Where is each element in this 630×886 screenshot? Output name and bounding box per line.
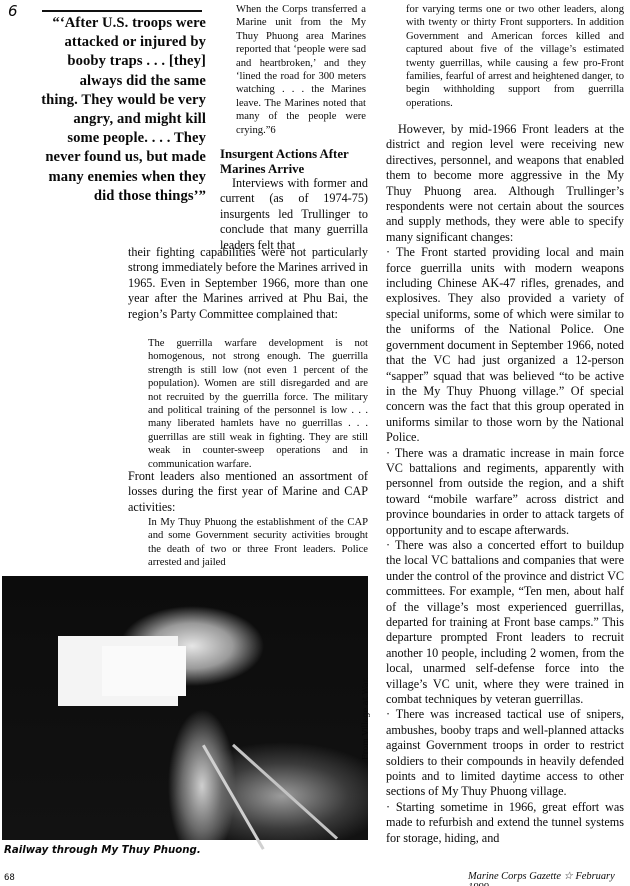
block-quote-continued: for varying terms one or two other leade…: [406, 3, 624, 110]
block-quote-1: The guerrilla warfare development is not…: [148, 337, 368, 471]
middle-top-quote: When the Corps transferred a Marine unit…: [236, 3, 366, 137]
bullet-5: · Starting sometime in 1966, great effor…: [386, 800, 624, 846]
para1-start: Interviews with former and current (as o…: [220, 176, 368, 253]
bullet-2: · There was a dramatic increase in main …: [386, 446, 624, 538]
para1-rest: their fighting capabilities were not par…: [128, 245, 368, 322]
para1-narrow: Interviews with former and current (as o…: [220, 176, 368, 253]
bullet-1: · The Front started providing local and …: [386, 245, 624, 445]
para2: Front leaders also mentioned an assortme…: [128, 469, 368, 515]
pull-quote-rule: [42, 10, 202, 12]
bullet-3: · There was also a concerted effort to b…: [386, 538, 624, 707]
block-quote-continued-text: for varying terms one or two other leade…: [406, 3, 624, 110]
para2-text: Front leaders also mentioned an assortme…: [128, 469, 368, 515]
page-number: 68: [4, 873, 15, 883]
bullet-4: · There was increased tactical use of sn…: [386, 707, 624, 799]
photo-caption: Railway through My Thuy Phuong.: [4, 845, 201, 856]
handwritten-margin-mark: 6: [8, 2, 18, 20]
pull-quote: “‘After U.S. troops were attacked or inj…: [40, 14, 206, 206]
photo-credit: From Village at War.: [360, 664, 372, 760]
para3-text: However, by mid-1966 Front leaders at th…: [386, 122, 624, 245]
photo-building-region: [102, 646, 186, 696]
para1-wide: their fighting capabilities were not par…: [128, 245, 368, 322]
photo-rail-left: [202, 745, 265, 850]
block-quote-1-text: The guerrilla warfare development is not…: [148, 337, 368, 471]
block-quote-2: In My Thuy Phuong the establishment of t…: [148, 516, 368, 570]
publication-footer: Marine Corps Gazette ☆ February 1999: [468, 870, 630, 886]
railway-photo: [2, 576, 368, 840]
section-heading: Insurgent Actions After Marines Arrive: [220, 147, 368, 177]
middle-top-quote-text: When the Corps transferred a Marine unit…: [236, 3, 366, 137]
block-quote-2-text: In My Thuy Phuong the establishment of t…: [148, 516, 368, 570]
right-column-body: However, by mid-1966 Front leaders at th…: [386, 122, 624, 846]
